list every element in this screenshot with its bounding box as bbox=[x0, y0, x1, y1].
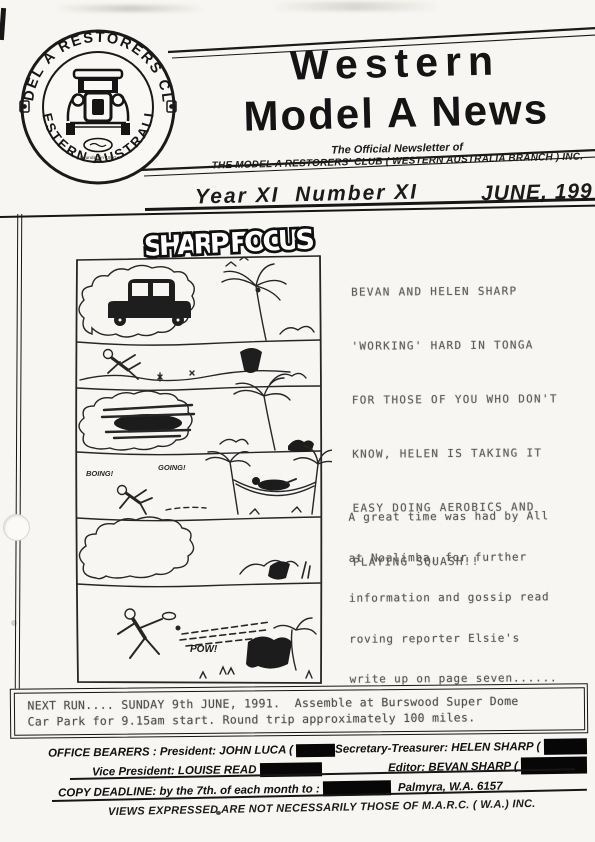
article-line: BEVAN AND HELEN SHARP bbox=[351, 282, 557, 301]
newsletter-title-line1: Western bbox=[199, 35, 592, 92]
comic-panel-1 bbox=[79, 257, 314, 340]
newsletter-page: MODEL A RESTORERS CLUB WESTERN AUSTRALIA bbox=[0, 0, 595, 842]
article-line: information and gossip read bbox=[349, 590, 557, 605]
comic-sfx-pow: POW! bbox=[190, 644, 218, 655]
president-name: JOHN LUCA ( bbox=[219, 744, 296, 757]
logo-founded-text: Founded in 1980 bbox=[80, 155, 116, 161]
punch-hole bbox=[3, 514, 30, 541]
secretary-name: HELEN SHARP ( bbox=[451, 741, 543, 754]
article-line: KNOW, HELEN IS TAKING IT bbox=[352, 444, 558, 463]
masthead: Western Model A News The Official Newsle… bbox=[199, 35, 594, 172]
row-spacer bbox=[322, 768, 388, 769]
redacted-phone-editor bbox=[521, 757, 587, 775]
article-line: A great time was had by All bbox=[348, 509, 556, 524]
comic-panel-2 bbox=[80, 348, 306, 384]
copy-deadline-row: COPY DEADLINE: by the 7th. of each month… bbox=[58, 779, 503, 801]
comic-panel-5 bbox=[79, 517, 310, 580]
office-bearers-heading: OFFICE BEARERS : bbox=[48, 746, 160, 760]
content-box-left-border-inner bbox=[18, 214, 22, 690]
article-line: FOR THOSE OF YOU WHO DON'T bbox=[352, 390, 558, 409]
copy-deadline-label: COPY DEADLINE: bbox=[58, 785, 160, 799]
content-box-left-border bbox=[15, 214, 19, 690]
next-run-inner-border: NEXT RUN.... SUNDAY 9th JUNE, 1991. Asse… bbox=[13, 687, 584, 735]
disclaimer-text: VIEWS EXPRESSED ARE NOT NECESSARILY THOS… bbox=[108, 798, 536, 818]
comic-strip: BOING! GOING! POW! SHARP FOCUS bbox=[70, 222, 332, 692]
newsletter-title-line2: Model A News bbox=[200, 84, 593, 142]
article-line: 'WORKING' HARD IN TONGA bbox=[351, 336, 557, 355]
redacted-phone-secretary bbox=[543, 738, 587, 755]
comic-sfx-boing: BOING! bbox=[86, 469, 114, 478]
article-line: roving reporter Elsie's bbox=[349, 631, 557, 646]
club-logo: MODEL A RESTORERS CLUB WESTERN AUSTRALIA bbox=[18, 27, 178, 187]
redacted-phone-president bbox=[296, 743, 335, 757]
article-paragraph-2: A great time was had by All at Noalimba,… bbox=[348, 482, 557, 713]
secretary-label: Secretary-Treasurer: bbox=[335, 742, 451, 756]
next-run-box: NEXT RUN.... SUNDAY 9th JUNE, 1991. Asse… bbox=[10, 683, 588, 739]
article-line: at Noalimba, for further bbox=[349, 550, 557, 565]
president-label: President: bbox=[160, 745, 220, 758]
comic-sfx-going: GOING! bbox=[158, 463, 186, 472]
comic-panel-4 bbox=[118, 446, 333, 514]
